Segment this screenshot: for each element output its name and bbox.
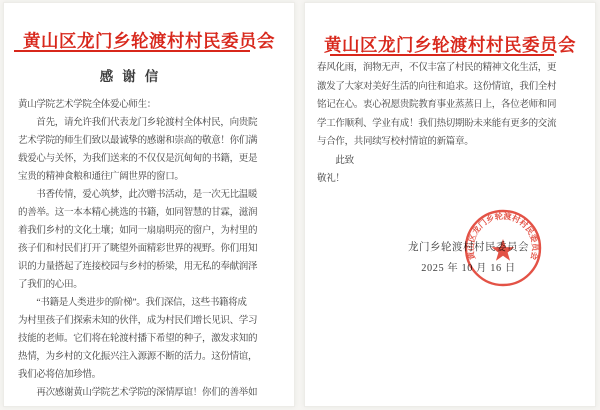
body-line: 的善举。这一本本精心挑选的书籍，如同智慧的甘霖，滋润 [18, 204, 262, 222]
body-line: 为村里孩子们探索未知的伙伴，成为村民们增长见识、学习 [18, 312, 262, 330]
letterhead-rule [14, 50, 250, 52]
body-line: 技能的老师。它们将在轮渡村播下希望的种子，激发求知的 [18, 330, 262, 348]
body-line: 学工作顺利、学业有成！我们热切期盼未来能有更多的交流 [317, 115, 565, 134]
body-line: 艺术学院的师生们致以最诚挚的感谢和崇高的敬意！你们满 [18, 132, 262, 150]
body-line: 与合作，共同续写校村情谊的新篇章。 [317, 133, 565, 152]
body-line: 孩子们和村民们打开了眺望外面精彩世界的视野。你们用知 [18, 240, 262, 258]
letter-page-1: 黄山区龙门乡轮渡村村民委员会 感谢信 黄山学院艺术学院全体爱心师生： 首先，请允… [3, 2, 295, 407]
star-icon [492, 239, 515, 261]
body-line: 激发了大家对美好生活的向往和追求。这份情谊，我们全村 [317, 78, 565, 97]
letter-body-page-2: 春风化雨，润物无声，不仅丰富了村民的精神文化生活，更 激发了大家对美好生活的向往… [317, 59, 565, 189]
closing-cizhi-line: 此致 [317, 152, 565, 171]
letter-body-page-1: 黄山学院艺术学院全体爱心师生： 首先，请允许我们代表龙门乡轮渡村全体村民，向贵院… [18, 96, 262, 402]
body-line: “书籍是人类进步的阶梯”。我们深信，这些书籍将成 [18, 294, 262, 312]
closing-jingli-line: 敬礼！ [317, 170, 565, 189]
body-line: 首先，请允许我们代表龙门乡轮渡村全体村民，向贵院 [18, 114, 262, 132]
body-line: 了我们的心田。 [18, 276, 262, 294]
letterhead-rule [330, 54, 554, 56]
letter-photo: 黄山区龙门乡轮渡村村民委员会 感谢信 黄山学院艺术学院全体爱心师生： 首先，请允… [0, 0, 600, 410]
body-line: 春风化雨，润物无声，不仅丰富了村民的精神文化生活，更 [317, 59, 565, 78]
body-line: 我们必将倍加珍惜。 [18, 366, 262, 384]
body-line: 铭记在心。衷心祝愿贵院教育事业蒸蒸日上，各位老师和同 [317, 96, 565, 115]
letter-title: 感谢信 [4, 65, 254, 85]
body-line: 着我们乡村的文化土壤；如同一扇扇明亮的窗户，为村里的 [18, 222, 262, 240]
body-line: 识的力量搭起了连接校园与乡村的桥梁，用无私的奉献润泽 [18, 258, 262, 276]
body-line: 再次感谢黄山学院艺术学院的深情厚谊！你们的善举如 [18, 384, 262, 402]
letter-page-2: 黄山区龙门乡轮渡村村民委员会 春风化雨，润物无声，不仅丰富了村民的精神文化生活，… [304, 2, 596, 407]
body-line: 载爱心与关怀，为我们送来的不仅仅是沉甸甸的书籍，更是 [18, 150, 262, 168]
body-line: 宝贵的精神食粮和通往广阔世界的窗口。 [18, 168, 262, 186]
official-seal-stamp: 黄山区龙门乡轮渡村村民委员会 [461, 206, 545, 290]
salutation: 黄山学院艺术学院全体爱心师生： [18, 96, 262, 114]
body-line: 书香传情，爱心筑梦，此次赠书活动，是一次无比温暖 [18, 186, 262, 204]
body-line: 热情，为乡村的文化振兴注入源源不断的活力。这份情谊， [18, 348, 262, 366]
